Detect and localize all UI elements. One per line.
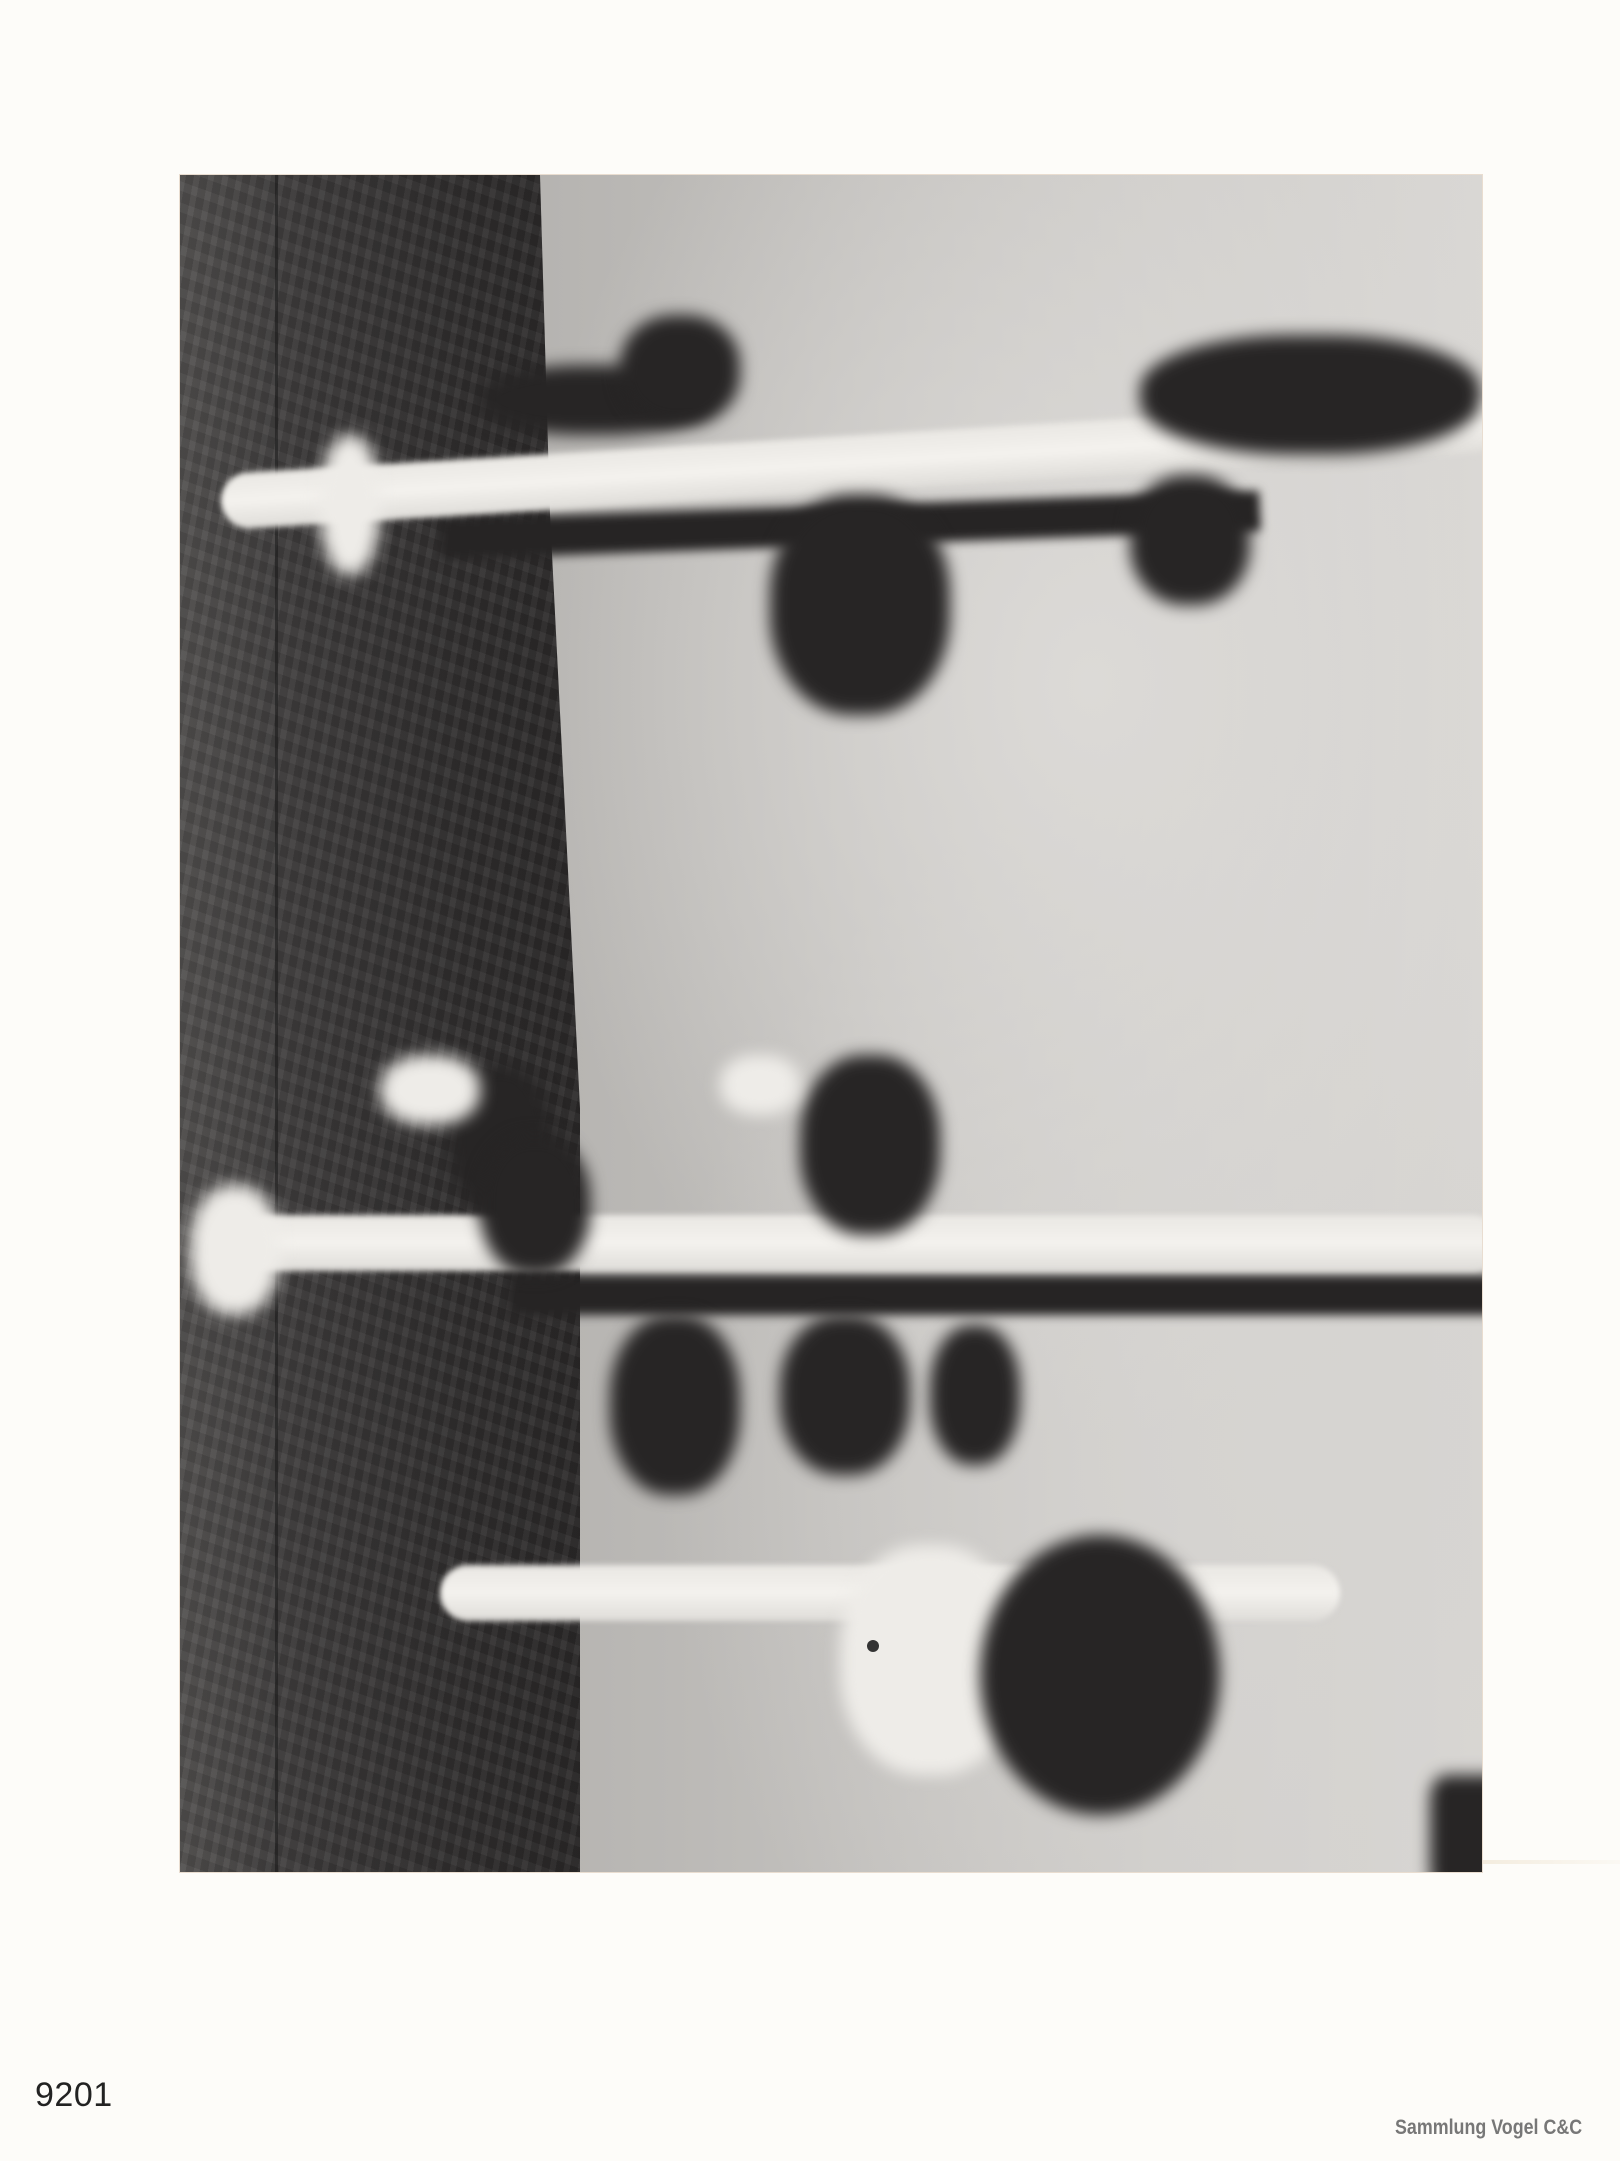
figure-mid-3	[610, 1315, 740, 1495]
catalog-number: 9201	[35, 2076, 113, 2115]
light-figure-mid-3	[190, 1185, 280, 1315]
collection-label: Sammlung Vogel C&C	[1395, 2116, 1582, 2140]
figure-top-3	[770, 495, 950, 715]
figure-top-4	[1140, 335, 1480, 455]
figure-mid-6	[930, 1325, 1020, 1465]
figure-bottom	[980, 1535, 1220, 1815]
figure-top-5	[1130, 475, 1250, 605]
figure-mid-5	[780, 1315, 910, 1475]
paper-crease	[275, 175, 278, 1872]
light-figure-mid-1	[380, 1055, 480, 1125]
figure-top-2	[620, 315, 740, 425]
light-figure-mid-2	[720, 1055, 800, 1115]
figure-mid-2	[480, 1135, 590, 1275]
archival-photograph	[180, 175, 1482, 1872]
figure-mid-4	[800, 1055, 940, 1235]
light-figure-top	[320, 435, 380, 575]
rod-shadow-middle	[510, 1275, 1482, 1315]
figure-bottom-dot	[867, 1640, 879, 1652]
dark-corner	[1430, 1775, 1482, 1872]
